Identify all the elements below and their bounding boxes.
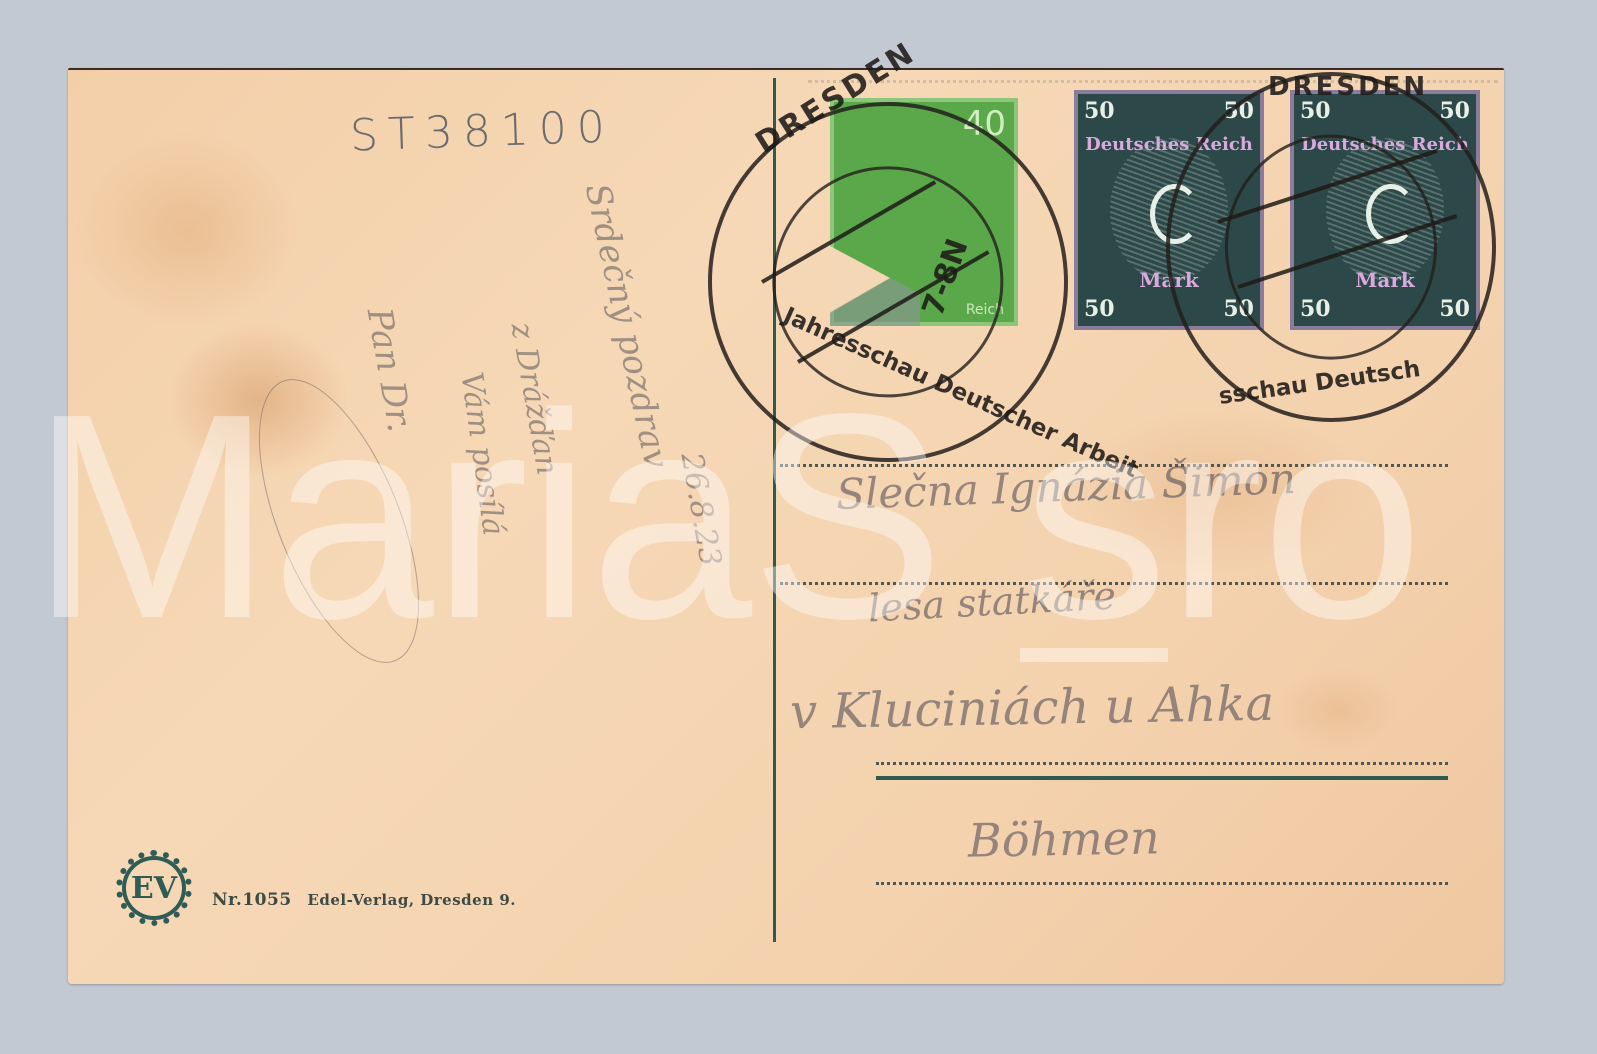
address-country: Böhmen <box>968 810 1161 867</box>
publisher-name: Edel-Verlag, Dresden 9. <box>307 891 516 909</box>
address-town: v Kluciniách u Ahka <box>790 676 1275 740</box>
watermark-underscore <box>1020 648 1168 662</box>
postmark-city: DRESDEN <box>1268 72 1428 102</box>
publisher-imprint: EV Nr.1055 Edel-Verlag, Dresden 9. <box>116 850 516 926</box>
address-underline <box>876 776 1448 780</box>
stamp-value: 50 <box>1084 98 1115 124</box>
inventory-code: ST38100 <box>349 101 615 161</box>
address-line-3 <box>876 762 1448 765</box>
address-line-4 <box>876 882 1448 885</box>
stamp-value: 50 <box>1084 296 1115 322</box>
card-number: Nr.1055 <box>212 890 292 910</box>
publisher-logo-icon: EV <box>116 850 192 926</box>
watermark: MariaS sro <box>30 370 1422 662</box>
publisher-text: Nr.1055 Edel-Verlag, Dresden 9. <box>212 890 516 910</box>
